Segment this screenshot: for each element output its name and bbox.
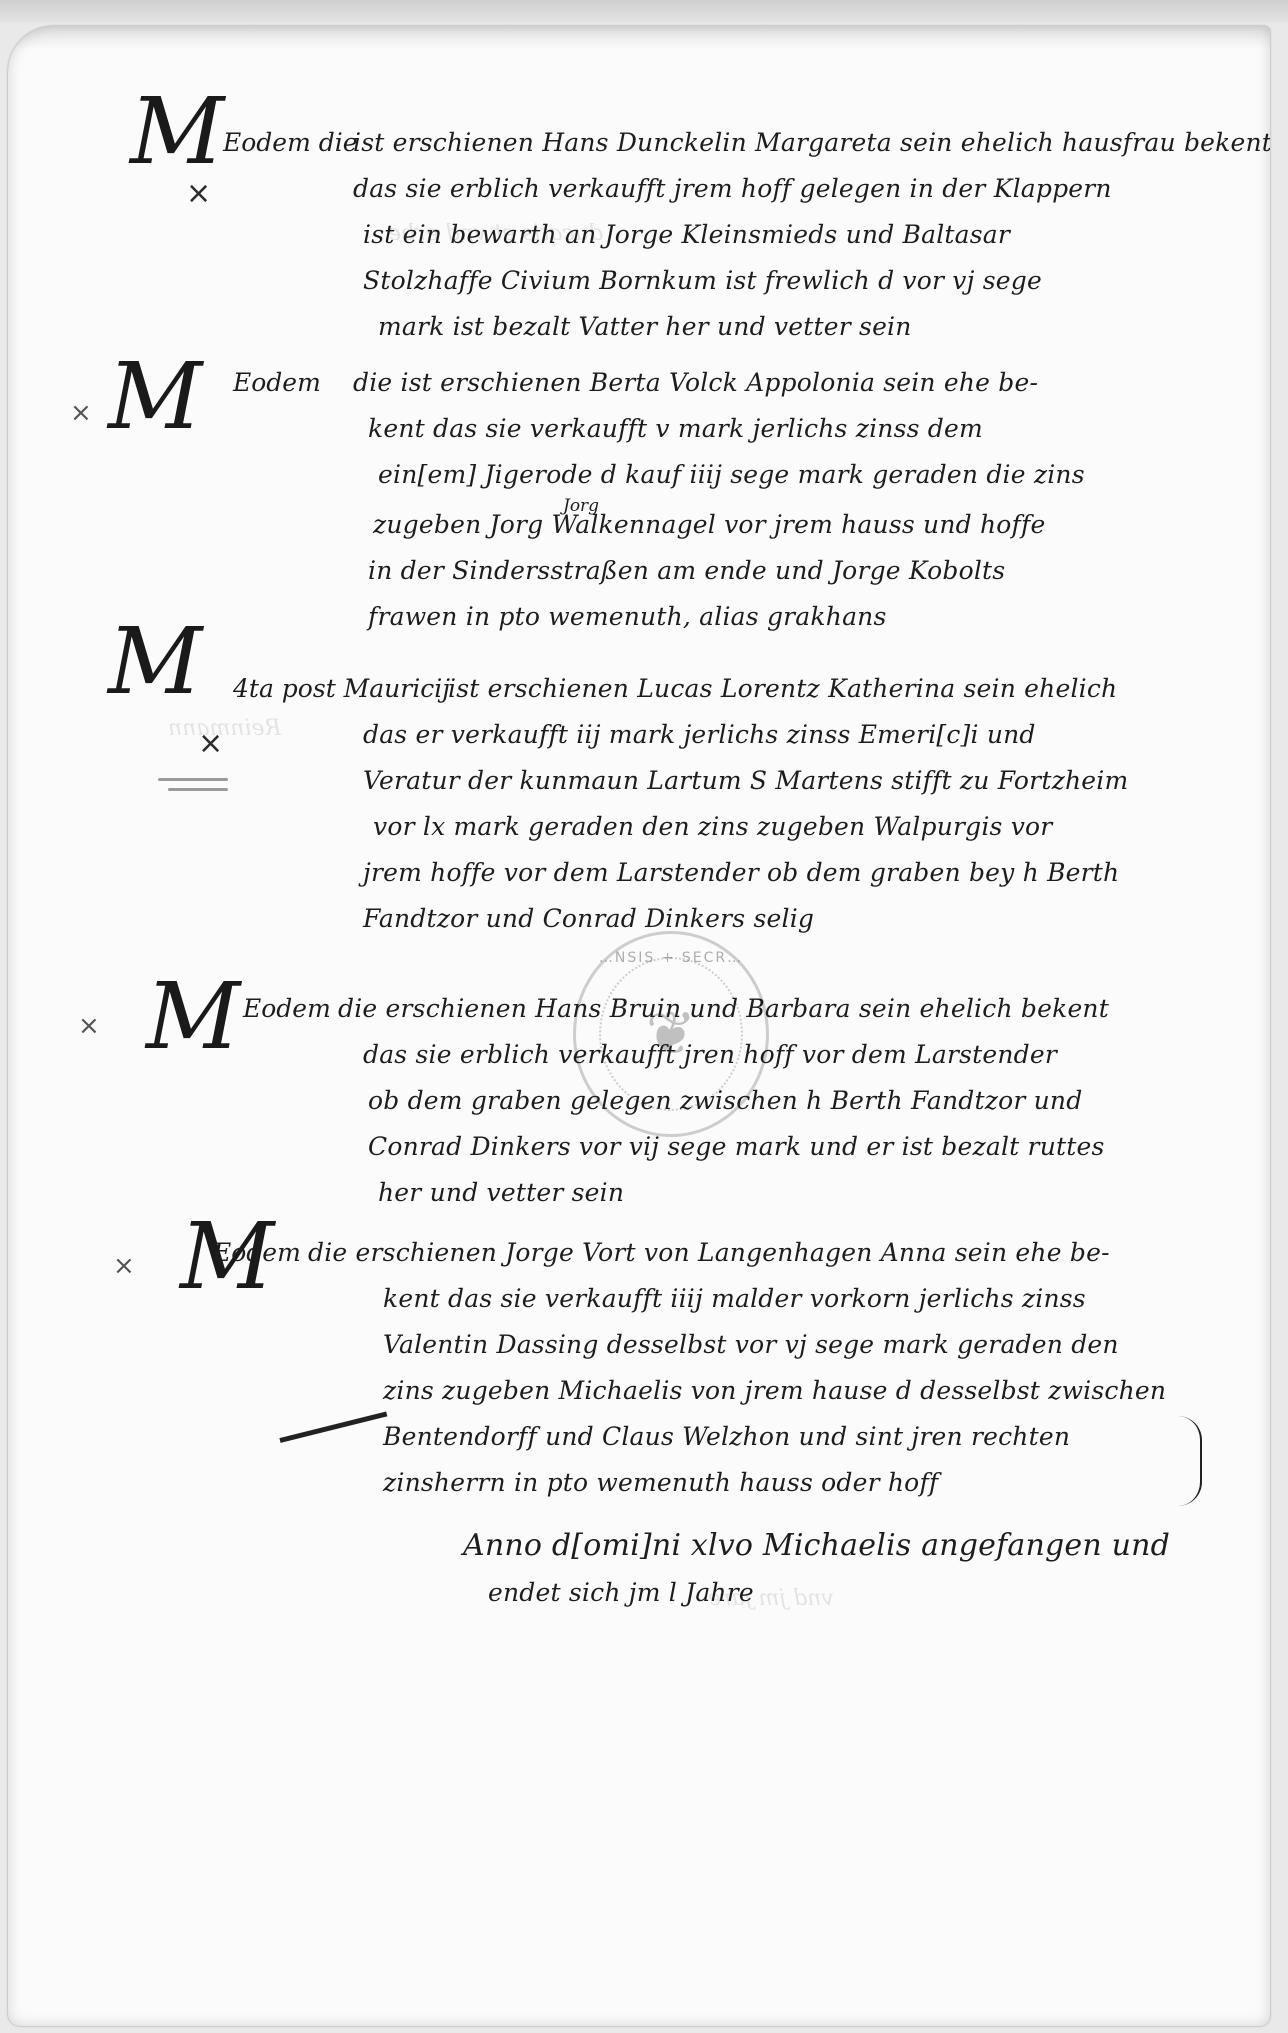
entry-lead: Eodem die <box>223 128 358 157</box>
entry-initial: M <box>146 971 240 1063</box>
entry-lead: Eodem <box>213 1238 301 1267</box>
entry-line: ist ein bewarth an Jorge Kleinsmieds und… <box>363 220 1010 249</box>
entry-line: zugeben Jorg Walkennagel vor jrem hauss … <box>373 510 1045 539</box>
entry-line: Valentin Dassing desselbst vor vj sege m… <box>383 1330 1119 1359</box>
entry-line: Fandtzor und Conrad Dinkers selig <box>363 904 814 933</box>
entry-line: Veratur der kunmaun Lartum S Martens sti… <box>363 766 1128 795</box>
margin-cross-mark: × <box>186 176 211 211</box>
entry-line: ob dem graben gelegen zwischen h Berth F… <box>368 1086 1082 1115</box>
entry-initial: M <box>108 351 202 443</box>
seal-legend: …NSIS + SECR… <box>576 950 766 966</box>
entry-line: ist erschienen Lucas Lorentz Katherina s… <box>448 674 1117 703</box>
margin-cross-mark: × <box>78 1011 100 1041</box>
entry-lead: Eodem <box>233 368 321 397</box>
entry-line: vor lx mark geraden den zins zugeben Wal… <box>373 812 1052 841</box>
bleed-through: Reinmann <box>168 716 281 741</box>
entry-line: Bentendorff und Claus Welzhon und sint j… <box>383 1422 1070 1451</box>
entry-line: kent das sie verkaufft iiij malder vorko… <box>383 1284 1086 1313</box>
entry-line: Conrad Dinkers vor vij sege mark und er … <box>368 1132 1105 1161</box>
margin-cross-mark: × <box>198 726 223 761</box>
entry-lead: Eodem <box>243 994 331 1023</box>
margin-dash-mark <box>158 778 228 781</box>
entry-line: in der Sindersstraßen am ende und Jorge … <box>368 556 1005 585</box>
entry-line: die erschienen Hans Bruin und Barbara se… <box>338 994 1109 1023</box>
entry-initial: M <box>108 616 202 708</box>
pen-flourish <box>279 1411 387 1442</box>
entry-line: mark ist bezalt Vatter her und vetter se… <box>378 312 912 341</box>
entry-line: jrem hoffe vor dem Larstender ob dem gra… <box>363 858 1119 887</box>
margin-dash-mark <box>168 788 228 791</box>
entry-line: ein[em] Jigerode d kauf iiij sege mark g… <box>378 460 1085 489</box>
entry-line: Stolzhaffe Civium Bornkum ist frewlich d… <box>363 266 1042 295</box>
closing-line: endet sich jm l Jahre <box>488 1578 754 1607</box>
margin-cross-mark: × <box>113 1251 135 1281</box>
entry-line: kent das sie verkaufft v mark jerlichs z… <box>368 414 983 443</box>
margin-cross-mark: × <box>70 398 92 428</box>
entry-line: das sie erblich verkaufft jren hoff vor … <box>363 1040 1057 1069</box>
entry-line: zins zugeben Michaelis von jrem hause d … <box>383 1376 1166 1405</box>
entry-line: zinsherrn in pto wemenuth hauss oder hof… <box>383 1468 938 1497</box>
scan-border-top <box>0 0 1288 22</box>
entry-line: ist erschienen Hans Dunckelin Margareta … <box>353 128 1270 157</box>
entry-line: das er verkaufft iij mark jerlichs zinss… <box>363 720 1036 749</box>
entry-lead: 4ta post Mauricij <box>233 674 450 703</box>
closing-bracket <box>1178 1416 1202 1506</box>
entry-line: die erschienen Jorge Vort von Langenhage… <box>308 1238 1110 1267</box>
closing-line: Anno d[omi]ni xlvo Michaelis angefangen … <box>463 1528 1170 1563</box>
entry-line: frawen in pto wemenuth, alias grakhans <box>368 602 887 631</box>
entry-line: her und vetter sein <box>378 1178 624 1207</box>
entry-initial: M <box>130 86 224 178</box>
entry-line: das sie erblich verkaufft jrem hoff gele… <box>353 174 1112 203</box>
manuscript-page: ducatis et vnd erbe Reinmann vnd jm jare… <box>8 26 1270 2026</box>
entry-line: die ist erschienen Berta Volck Appolonia… <box>353 368 1038 397</box>
